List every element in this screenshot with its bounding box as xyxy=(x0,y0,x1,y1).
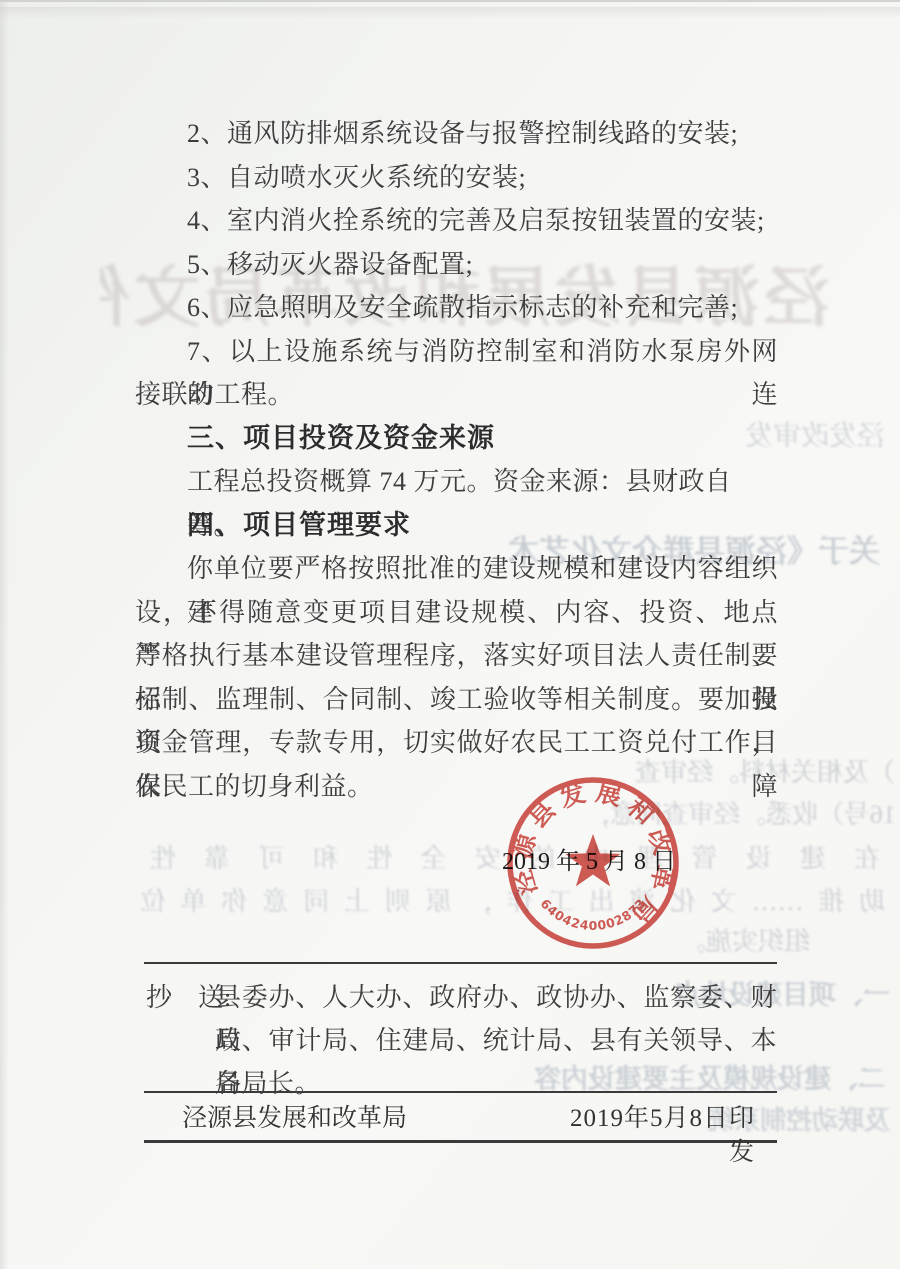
cc-list: 县委办、人大办、政府办、政协办、监察委、财政 局、审计局、住建局、统计局、县有关… xyxy=(215,976,777,1105)
body-line: 设，不得随意变更项目建设规模、内容、投资、地点等。要 xyxy=(135,591,778,635)
official-seal: 泾源县发展和改革局 6404240002873 xyxy=(505,775,681,951)
section-heading-4: 四、项目管理要求 xyxy=(135,504,778,548)
cc-line: 各局长。 xyxy=(215,1062,777,1105)
divider-top xyxy=(144,962,777,964)
footer-issuer: 泾源县发展和改革局 xyxy=(182,1102,407,1136)
body-line: 资金管理，专款专用，切实做好农民工工资兑付工作，保障 xyxy=(135,721,778,765)
scan-left-shadow xyxy=(0,0,9,1269)
footer-print-date: 2019年5月8日印发 xyxy=(545,1102,755,1170)
list-item-5: 5、移动灭火器设备配置; xyxy=(135,243,778,287)
body-line: 标制、监理制、合同制、竣工验收等相关制度。要加强项目 xyxy=(135,678,778,722)
section-heading-3: 三、项目投资及资金来源 xyxy=(135,417,778,461)
scan-top-shadow xyxy=(0,7,900,19)
body-line: 你单位要严格按照批准的建设规模和建设内容组织建 xyxy=(135,547,778,591)
list-item-4: 4、室内消火拴系统的完善及启泵按钮装置的安装; xyxy=(135,199,778,243)
seal-star-icon xyxy=(565,834,620,886)
cc-line: 县委办、人大办、政府办、政协办、监察委、财政 xyxy=(215,976,777,1019)
list-item-6: 6、应急照明及安全疏散指示标志的补充和完善; xyxy=(135,286,778,330)
seal-code-text: 6404240002873 xyxy=(538,896,649,933)
list-item-2: 2、通风防排烟系统设备与报警控制线路的安装; xyxy=(135,112,778,156)
body-line: 严格执行基本建设管理程序，落实好项目法人责任制、招投 xyxy=(135,634,778,678)
scan-top-edge-line xyxy=(0,0,900,2)
body-line-investment: 工程总投资概算 74 万元。资金来源：县财政自筹。 xyxy=(135,460,778,504)
scanned-page: 泾源县发展和改革局文件 泾发改审发 关于《泾源县群众文化艺术 ）及相关材料。经审… xyxy=(0,0,900,1269)
cc-line: 局、审计局、住建局、统计局、县有关领导、本局 xyxy=(215,1019,777,1062)
list-item-3: 3、自动喷水灭火系统的安装; xyxy=(135,156,778,200)
document-body: 2、通风防排烟系统设备与报警控制线路的安装; 3、自动喷水灭火系统的安装; 4、… xyxy=(135,112,778,808)
list-item-7: 7、以上设施系统与消防控制室和消防水泵房外网的连 xyxy=(135,330,778,374)
